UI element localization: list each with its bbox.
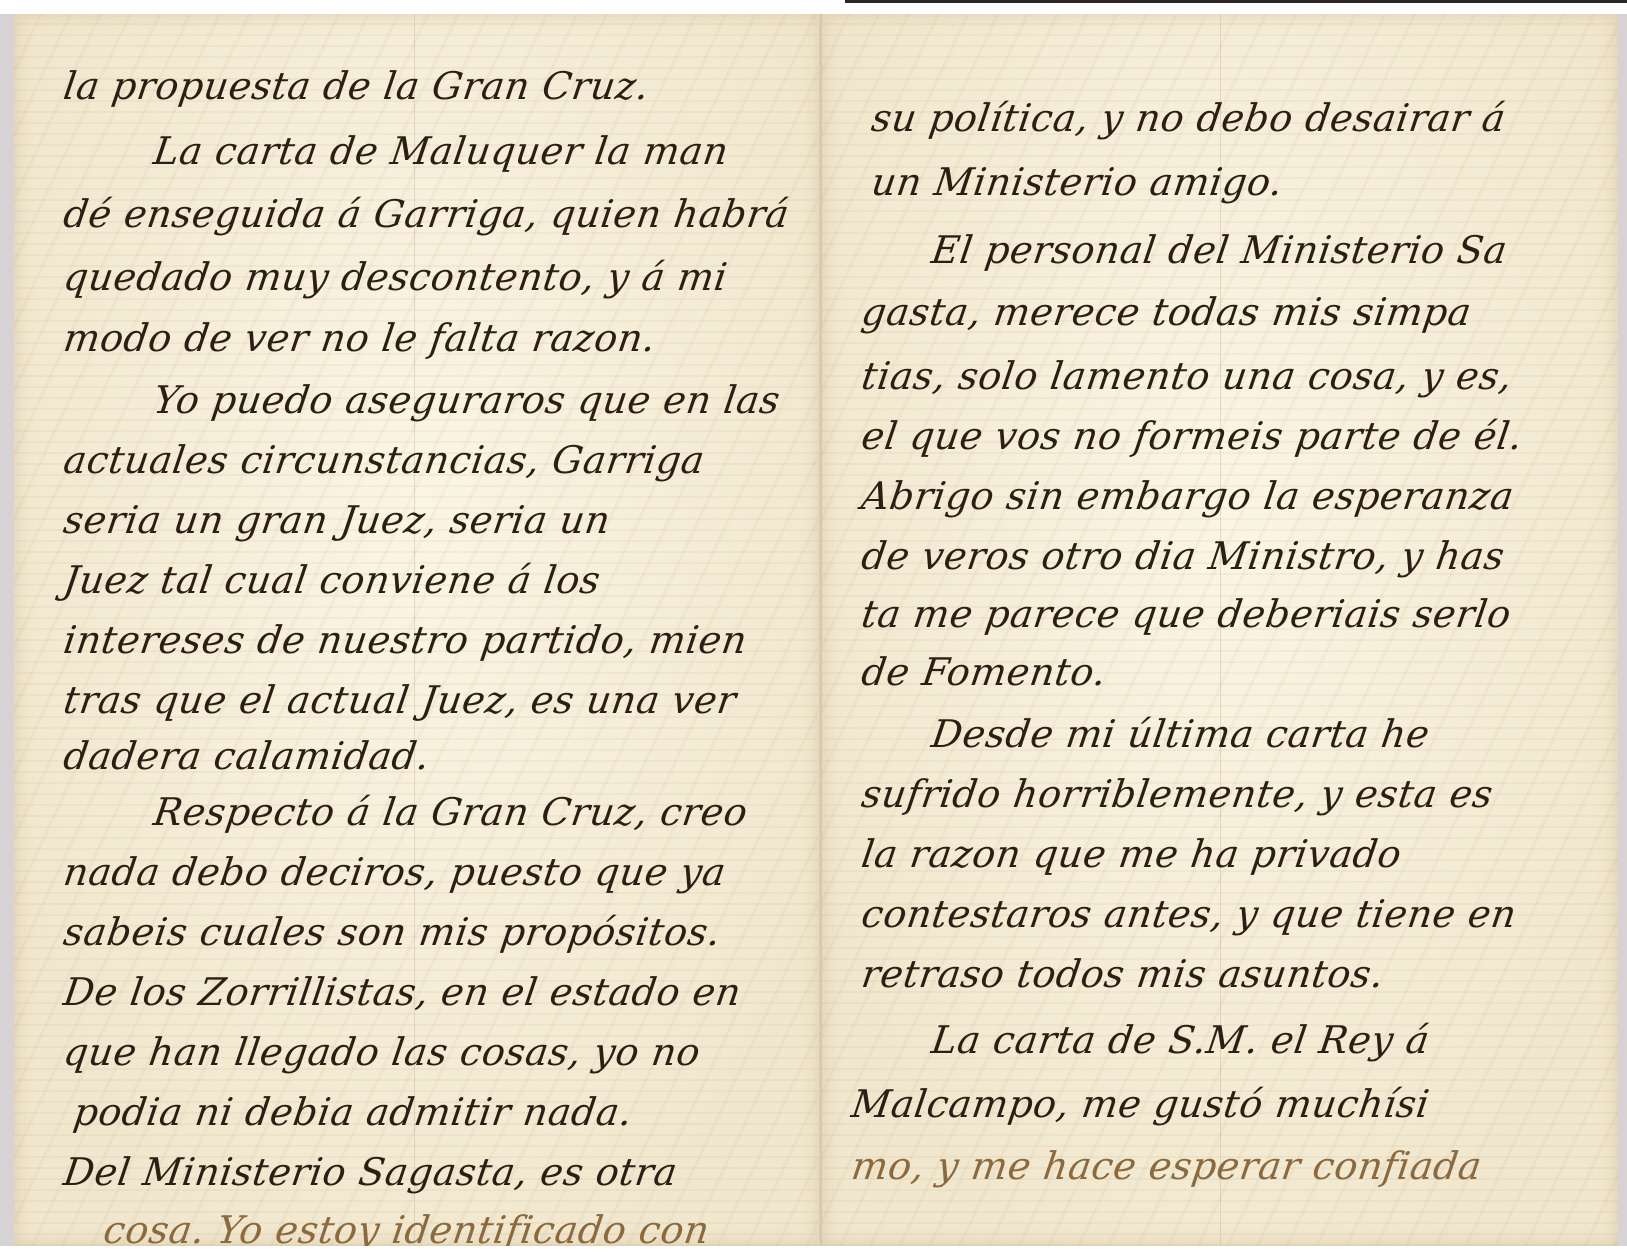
text-line: seria un gran Juez, seria un — [61, 498, 613, 542]
text-line: gasta, merece todas mis simpa — [859, 290, 1474, 334]
text-line: dé enseguida á Garriga, quien habrá — [61, 192, 792, 236]
text-line: la razon que me ha privado — [859, 832, 1404, 876]
text-line: la propuesta de la Gran Cruz. — [61, 64, 652, 108]
text-line: sufrido horriblemente, y esta es — [859, 772, 1496, 816]
text-line: que han llegado las cosas, yo no — [61, 1030, 703, 1074]
text-line: Juez tal cual conviene á los — [61, 558, 603, 602]
text-line: La carta de S.M. el Rey á — [929, 1018, 1433, 1062]
scan-edge-shadow — [845, 0, 1627, 3]
text-line: contestaros antes, y que tiene en — [859, 892, 1520, 936]
text-line: de veros otro dia Ministro, y has — [859, 534, 1507, 578]
text-line: El personal del Ministerio Sa — [929, 228, 1510, 272]
text-line: quedado muy descontento, y á mi — [61, 255, 730, 299]
text-line: podia ni debia admitir nada. — [71, 1090, 635, 1134]
text-line-faded: mo, y me hace esperar confiada — [849, 1144, 1485, 1188]
text-line: tias, solo lamento una cosa, y es, — [859, 354, 1515, 398]
text-line: Respecto á la Gran Cruz, creo — [151, 790, 751, 834]
scan-bottom-margin — [0, 1246, 1627, 1260]
text-line: su política, y no debo desairar á — [869, 96, 1509, 140]
text-line: nada debo deciros, puesto que ya — [61, 850, 729, 894]
text-line: de Fomento. — [859, 650, 1109, 694]
text-line: intereses de nuestro partido, mien — [61, 618, 750, 662]
text-line: el que vos no formeis parte de él. — [859, 414, 1526, 458]
text-line: Yo puedo aseguraros que en las — [151, 378, 783, 422]
text-line: ta me parece que deberiais serlo — [859, 592, 1514, 636]
text-line: sabeis cuales son mis propósitos. — [61, 910, 724, 954]
text-line: Malcampo, me gustó muchísi — [849, 1082, 1432, 1126]
text-line: La carta de Maluquer la man — [151, 129, 731, 173]
left-page: la propuesta de la Gran Cruz. La carta d… — [14, 14, 820, 1246]
text-line: Del Ministerio Sagasta, es otra — [61, 1150, 680, 1194]
text-line: Abrigo sin embargo la esperanza — [859, 474, 1517, 518]
text-line: dadera calamidad. — [61, 734, 433, 778]
text-line: actuales circunstancias, Garriga — [61, 438, 708, 482]
text-line: retraso todos mis asuntos. — [859, 952, 1387, 996]
text-line: tras que el actual Juez, es una ver — [61, 678, 739, 722]
text-line: Desde mi última carta he — [929, 712, 1433, 756]
text-line: un Ministerio amigo. — [869, 160, 1286, 204]
text-line: De los Zorrillistas, en el estado en — [61, 970, 744, 1014]
right-page: su política, y no debo desairar á un Min… — [822, 14, 1618, 1246]
text-line: modo de ver no le falta razon. — [61, 316, 659, 360]
